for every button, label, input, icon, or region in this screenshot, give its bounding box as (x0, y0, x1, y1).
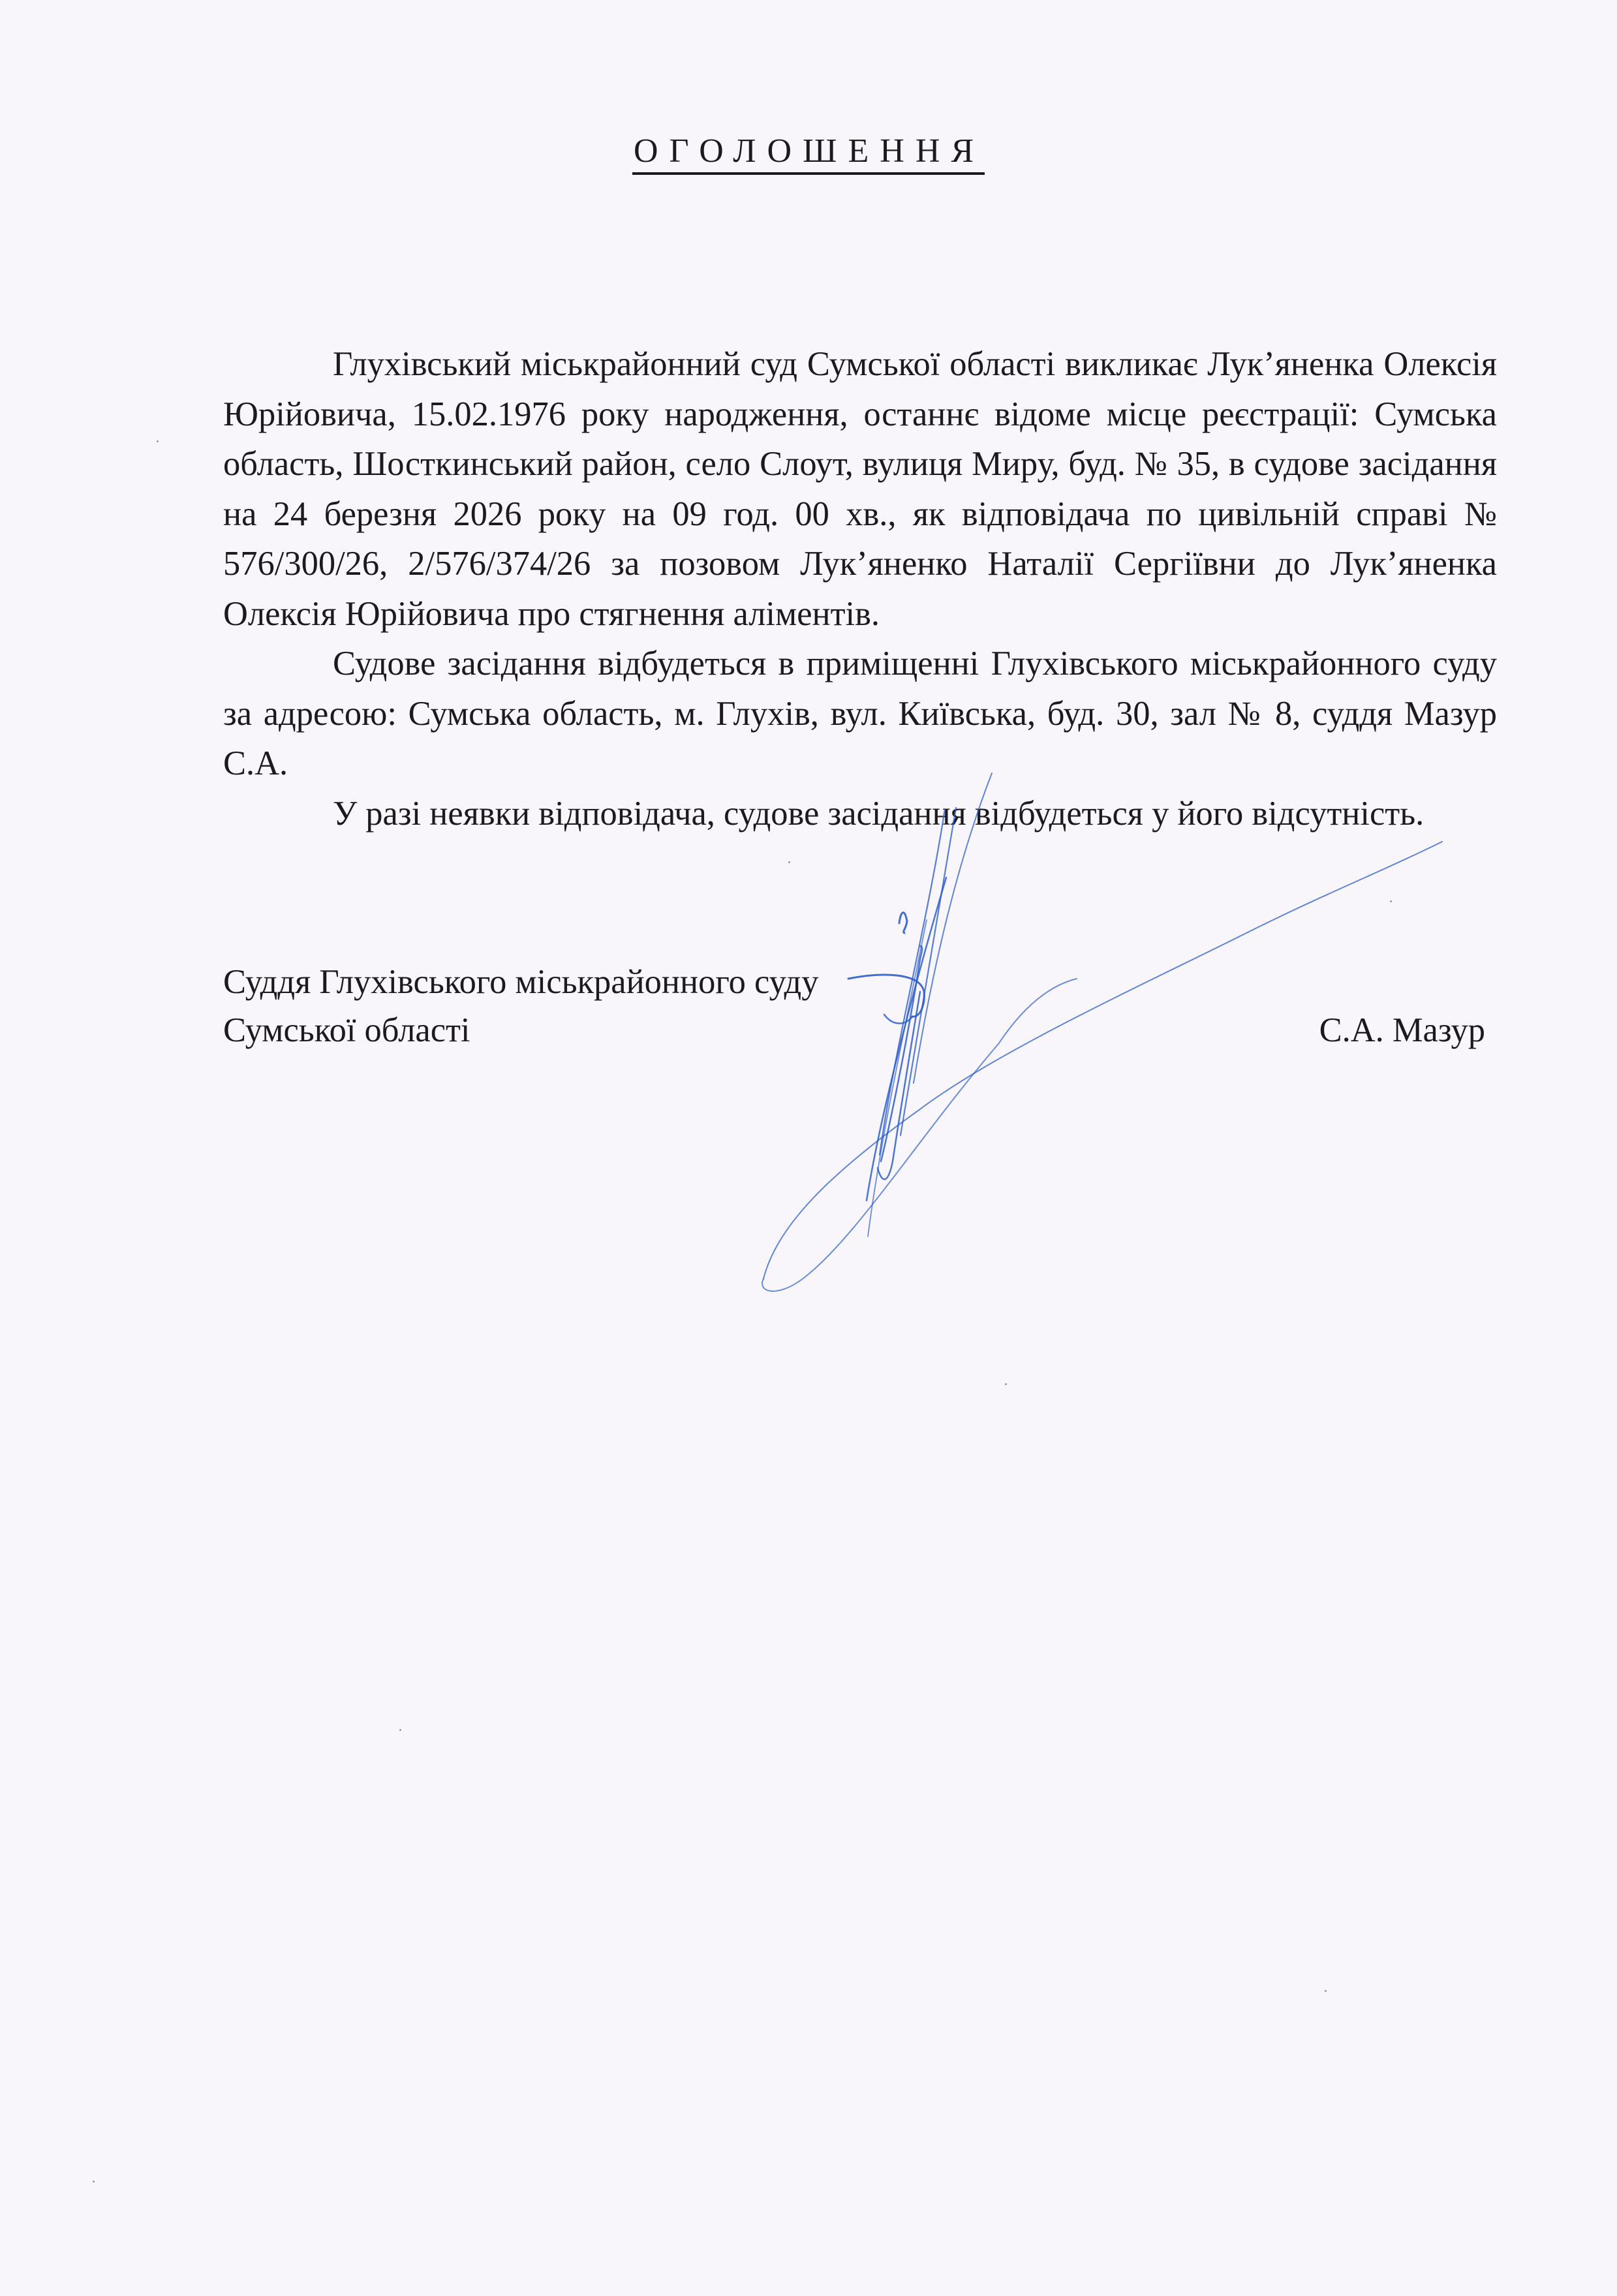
paragraph-absence: У разі неявки відповідача, судове засіда… (223, 789, 1497, 839)
paper-speck (1325, 1990, 1327, 1992)
judge-name: С.А. Мазур (1319, 1006, 1485, 1054)
document-body: Глухівський міськрайонний суд Сумської о… (223, 339, 1497, 838)
paper-speck (157, 440, 159, 442)
document-title: ОГОЛОШЕННЯ (0, 134, 1617, 175)
paper-speck (1005, 1383, 1007, 1385)
paragraph-summons: Глухівський міськрайонний суд Сумської о… (223, 339, 1497, 639)
paper-speck (93, 2181, 95, 2182)
document-title-text: ОГОЛОШЕННЯ (632, 134, 985, 175)
paper-speck (1390, 900, 1392, 902)
judge-position-line2: Сумської області (223, 1006, 1497, 1054)
paper-speck (788, 861, 790, 863)
judge-position-line1: Суддя Глухівського міськрайонного суду (223, 958, 1497, 1006)
paragraph-location: Судове засідання відбудеться в приміщенн… (223, 639, 1497, 789)
signature-block: Суддя Глухівського міськрайонного суду С… (223, 958, 1497, 1054)
paper-speck (399, 1729, 401, 1731)
document-page: ОГОЛОШЕННЯ Глухівський міськрайонний суд… (0, 0, 1617, 2296)
